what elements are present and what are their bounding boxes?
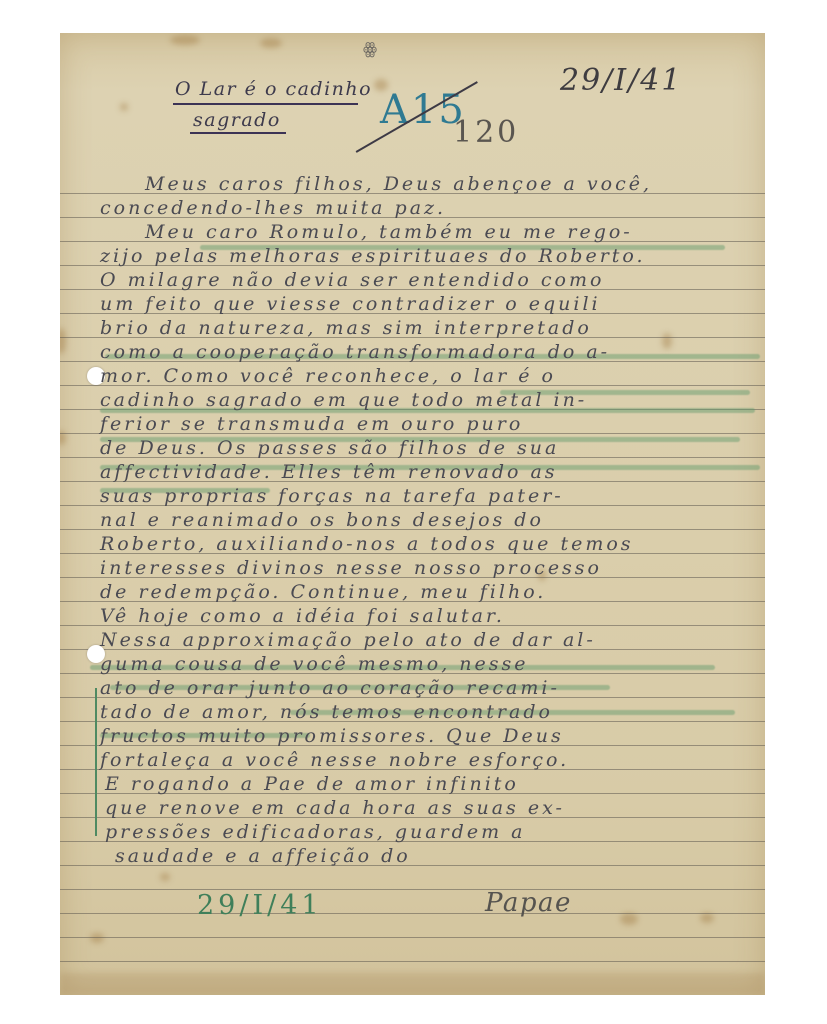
ruled-line xyxy=(60,961,765,962)
letter-page: ꙮ O Lar é o cadinho sagrado A15 120 29/I… xyxy=(60,33,765,995)
stain xyxy=(120,103,128,111)
body-line: fortaleça a você nesse nobre esforço. xyxy=(100,749,569,771)
top-symbol: ꙮ xyxy=(363,39,379,58)
title-underline xyxy=(190,132,286,134)
ruled-line xyxy=(60,889,765,890)
title-underline xyxy=(173,103,358,105)
stain xyxy=(620,913,638,925)
body-line: pressões edificadoras, guardem a xyxy=(105,821,525,843)
stain xyxy=(60,328,66,354)
body-line: tado de amor, nós temos encontrado xyxy=(100,701,553,723)
body-line: um feito que viesse contradizer o equili xyxy=(100,293,601,315)
body-line: cadinho sagrado em que todo metal in- xyxy=(100,389,587,411)
body-line: E rogando a Pae de amor infinito xyxy=(105,773,519,795)
margin-line xyxy=(95,688,97,836)
signature: Papae xyxy=(485,888,572,918)
title-line-2: sagrado xyxy=(193,109,281,131)
body-line: saudade e a affeição do xyxy=(115,845,411,867)
body-line: de Deus. Os passes são filhos de sua xyxy=(100,437,559,459)
body-line: Meu caro Romulo, também eu me rego- xyxy=(145,221,633,243)
stain xyxy=(160,873,170,881)
body-line: concedendo-lhes muita paz. xyxy=(100,197,446,219)
body-line: guma cousa de você mesmo, nesse xyxy=(100,653,529,675)
body-line: interesses divinos nesse nosso processo xyxy=(100,557,602,579)
stain xyxy=(170,35,200,45)
body-line: zijo pelas melhoras espirituaes do Rober… xyxy=(100,245,646,267)
page-number: 120 xyxy=(453,115,519,150)
ruled-line xyxy=(60,913,765,914)
stain xyxy=(700,913,714,923)
body-line: Nessa approximação pelo ato de dar al- xyxy=(100,629,596,651)
body-line: Roberto, auxiliando-nos a todos que temo… xyxy=(100,533,634,555)
body-line: fructos muito promissores. Que Deus xyxy=(100,725,564,747)
date-top: 29/I/41 xyxy=(560,63,682,98)
stain xyxy=(60,973,765,995)
stain xyxy=(260,38,282,48)
body-line: Meus caros filhos, Deus abençoe a você, xyxy=(145,173,652,195)
stain xyxy=(662,333,672,349)
body-line: brio da natureza, mas sim interpretado xyxy=(100,317,592,339)
body-line: Vê hoje como a idéia foi salutar. xyxy=(100,605,505,627)
body-line: de redempção. Continue, meu filho. xyxy=(100,581,546,603)
body-line: que renove em cada hora as suas ex- xyxy=(105,797,565,819)
body-line: suas proprias forças na tarefa pater- xyxy=(100,485,564,507)
body-line: mor. Como você reconhece, o lar é o xyxy=(100,365,556,387)
body-line: O milagre não devia ser entendido como xyxy=(100,269,604,291)
title-line-1: O Lar é o cadinho xyxy=(175,78,372,100)
body-line: nal e reanimado os bons desejos do xyxy=(100,509,544,531)
ruled-line xyxy=(60,937,765,938)
body-line: ferior se transmuda em ouro puro xyxy=(100,413,523,435)
date-bottom: 29/I/41 xyxy=(197,890,323,921)
body-line: affectividade. Elles têm renovado as xyxy=(100,461,558,483)
body-line: como a cooperação transformadora do a- xyxy=(100,341,610,363)
body-line: ato de orar junto ao coração recami- xyxy=(100,677,560,699)
stain xyxy=(90,933,104,943)
